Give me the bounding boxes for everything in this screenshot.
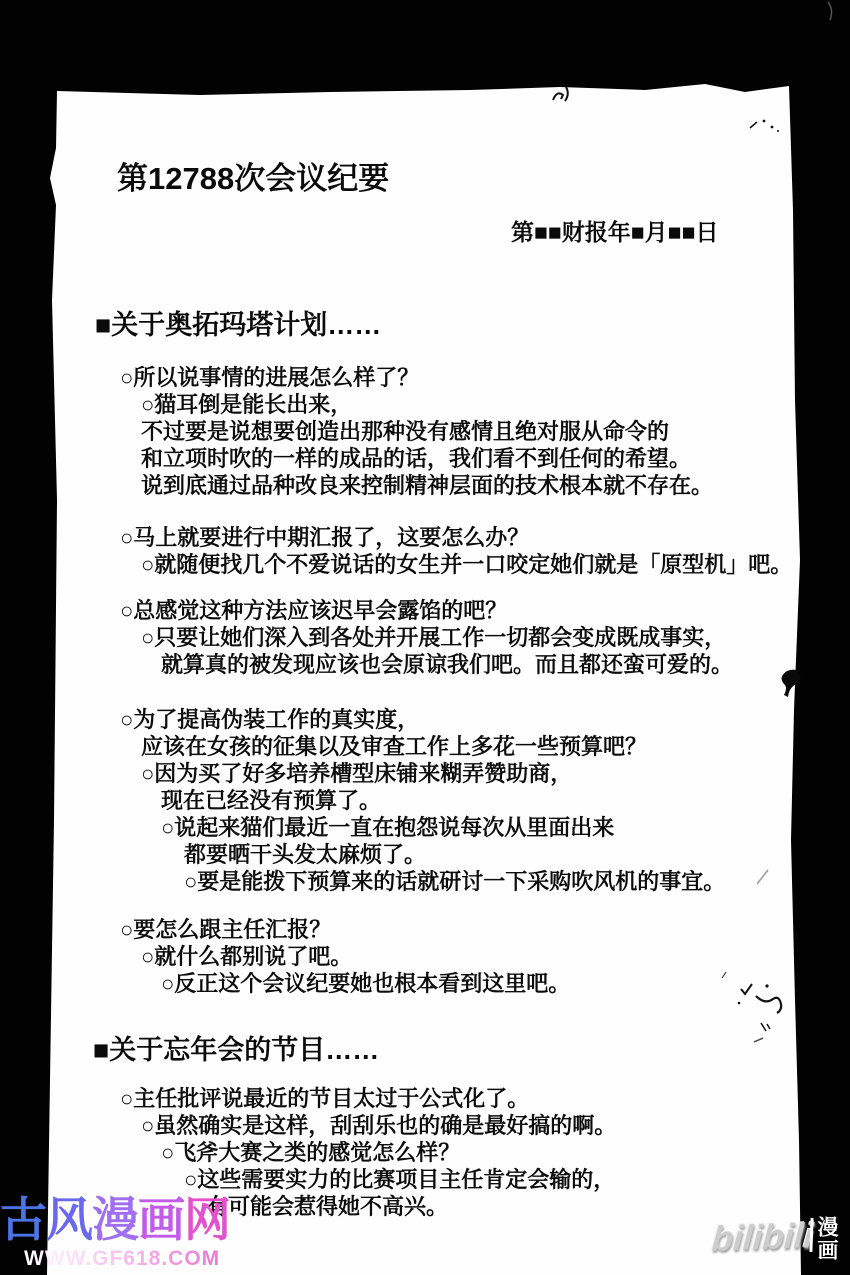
note-line: ○虽然确实是这样，刮刮乐也的确是最好搞的啊。 xyxy=(0,1112,850,1139)
note-line: 就算真的被发现应该也会原谅我们吧。而且都还蛮可爱的。 xyxy=(0,651,850,678)
note-line: 都要晒干头发太麻烦了。 xyxy=(0,841,850,868)
note-line: ○所以说事情的进展怎么样了？ xyxy=(0,364,850,391)
document-date-line: 第■■财报年■月■■日 xyxy=(511,214,718,247)
note-line: ○要是能拨下预算来的话就研讨一下采购吹风机的事宜。 xyxy=(0,868,850,895)
note-line: 和立项时吹的一样的成品的话，我们看不到任何的希望。 xyxy=(0,445,850,472)
note-block: ○为了提高伪装工作的真实度，应该在女孩的征集以及审查工作上多花一些预算吧？○因为… xyxy=(0,706,850,895)
gufeng-site-watermark: 古风漫画网 xyxy=(0,1194,230,1246)
gufeng-site-url: WWW.GF618.COM xyxy=(24,1247,220,1271)
note-line: 现在已经没有预算了。 xyxy=(0,787,850,814)
gufeng-site-char: 漫 xyxy=(92,1194,138,1246)
note-block: ○马上就要进行中期汇报了，这要怎么办？○就随便找几个不爱说话的女生并一口咬定她们… xyxy=(0,524,850,578)
paper-sheet: 第12788次会议纪要 第■■财报年■月■■日 ■关于奥拓玛塔计划…… ■关于忘… xyxy=(0,0,850,1275)
gufeng-site-char: 古 xyxy=(0,1194,46,1246)
note-line: ○主任批评说最近的节目太过于公式化了。 xyxy=(0,1085,850,1112)
corner-scratch xyxy=(828,2,832,20)
note-block: ○总感觉这种方法应该迟早会露馅的吧？○只要让她们深入到各处并开展工作一切都会变成… xyxy=(0,597,850,678)
note-line: ○说起来猫们最近一直在抱怨说每次从里面出来 xyxy=(0,814,850,841)
note-block: ○要怎么跟主任汇报？○就什么都别说了吧。○反正这个会议纪要她也根本看到这里吧。 xyxy=(0,916,850,997)
note-line: ○为了提高伪装工作的真实度， xyxy=(0,706,850,733)
section-heading-year-end-party: ■关于忘年会的节目…… xyxy=(93,1028,379,1067)
gufeng-site-char: 网 xyxy=(184,1194,230,1246)
note-block: ○所以说事情的进展怎么样了？○猫耳倒是能长出来，不过要是说想要创造出那种没有感情… xyxy=(0,364,850,499)
note-line: ○要怎么跟主任汇报？ xyxy=(0,916,850,943)
note-line: ○就随便找几个不爱说话的女生并一口咬定她们就是「原型机」吧。 xyxy=(0,551,850,578)
bilibili-logo: bilibili xyxy=(710,1216,814,1260)
note-line: ○马上就要进行中期汇报了，这要怎么办？ xyxy=(0,524,850,551)
gufeng-site-char: 风 xyxy=(46,1194,92,1246)
bilibili-divider-bar xyxy=(809,1218,813,1252)
note-line: ○飞斧大赛之类的感觉怎么样？ xyxy=(0,1139,850,1166)
bilibili-manga-label: 漫画 xyxy=(815,1216,837,1262)
note-line: ○这些需要实力的比赛项目主任肯定会输的， xyxy=(0,1166,850,1193)
section-heading-automata-plan: ■关于奥拓玛塔计划…… xyxy=(95,303,381,342)
note-line: ○猫耳倒是能长出来， xyxy=(0,391,850,418)
note-line: ○总感觉这种方法应该迟早会露馅的吧？ xyxy=(0,597,850,624)
gufeng-site-char: 画 xyxy=(138,1194,184,1246)
note-line: 应该在女孩的征集以及审查工作上多花一些预算吧？ xyxy=(0,733,850,760)
document-title: 第12788次会议纪要 xyxy=(117,153,389,198)
note-line: ○只要让她们深入到各处并开展工作一切都会变成既成事实， xyxy=(0,624,850,651)
manga-document-page: 第12788次会议纪要 第■■财报年■月■■日 ■关于奥拓玛塔计划…… ■关于忘… xyxy=(0,0,850,1275)
note-line: 说到底通过品种改良来控制精神层面的技术根本就不存在。 xyxy=(0,472,850,499)
note-line: ○反正这个会议纪要她也根本看到这里吧。 xyxy=(0,970,850,997)
note-line: ○因为买了好多培养槽型床铺来糊弄赞助商， xyxy=(0,760,850,787)
note-line: ○就什么都别说了吧。 xyxy=(0,943,850,970)
note-line: 不过要是说想要创造出那种没有感情且绝对服从命令的 xyxy=(0,418,850,445)
